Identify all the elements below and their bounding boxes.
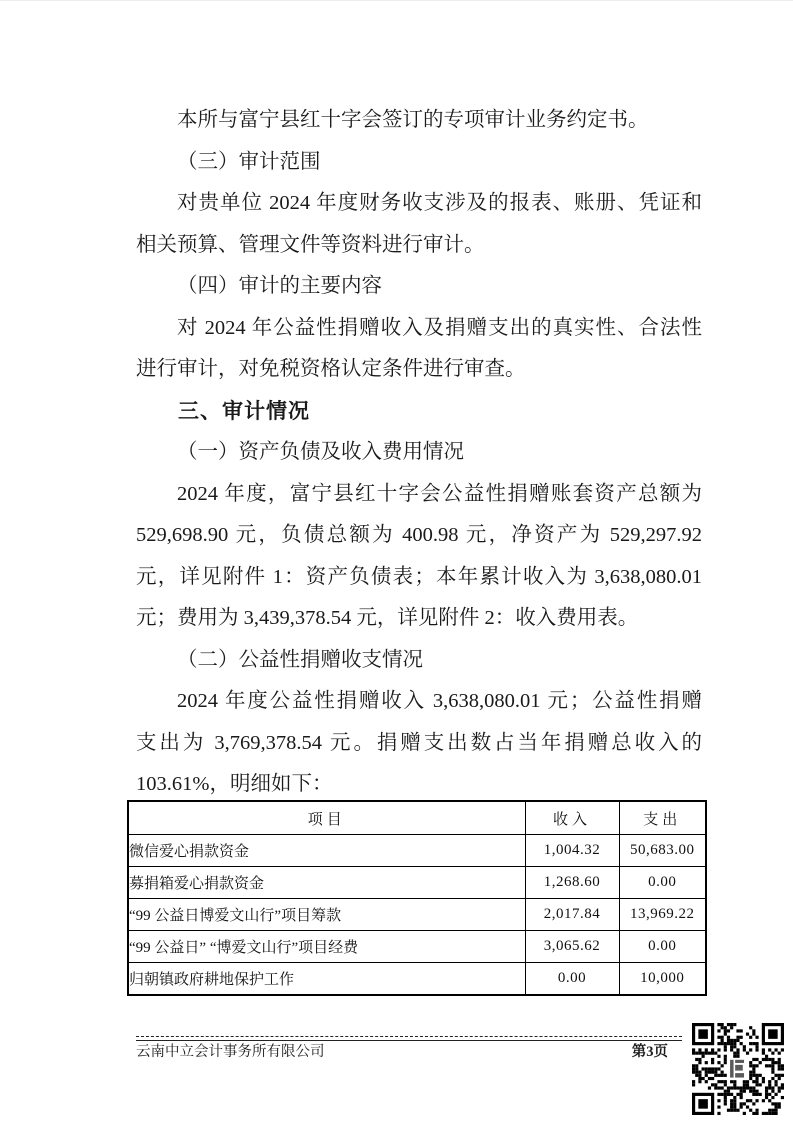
paragraph-line: 对贵单位 2024 年度财务收支涉及的报表、账册、凭证和 [136, 183, 702, 225]
row-expense-value: 13,969.22 [619, 899, 706, 931]
table-header-item: 项目 [128, 801, 525, 835]
paragraph-line: 对 2024 年公益性捐赠收入及捐赠支出的真实性、合法性 [136, 308, 702, 350]
qr-code [692, 1023, 784, 1115]
paragraph-line: 元，详见附件 1：资产负债表；本年累计收入为 3,638,080.01 [136, 557, 702, 599]
paragraph-line: 进行审计，对免税资格认定条件进行审查。 [136, 349, 702, 391]
row-item-label: 归朝镇政府耕地保护工作 [128, 963, 525, 996]
sub-heading: （一）资产负债及收入费用情况 [136, 432, 702, 474]
sub-heading: （四）审计的主要内容 [136, 266, 702, 308]
row-expense-value: 50,683.00 [619, 835, 706, 867]
row-item-label: 微信爱心捐款资金 [128, 835, 525, 867]
footnote-separator [136, 1036, 682, 1041]
row-income-value: 1,268.60 [525, 867, 619, 899]
page-footer: 云南中立会计事务所有限公司 第3页 [136, 1043, 682, 1061]
table-header-income: 收入 [525, 801, 619, 835]
paragraph-line: 元；费用为 3,439,378.54 元，详见附件 2：收入费用表。 [136, 598, 702, 640]
table-header-expense: 支出 [619, 801, 706, 835]
document-body: 本所与富宁县红十字会签订的专项审计业务约定书。 （三）审计范围 对贵单位 202… [136, 100, 702, 806]
paragraph-line: 2024 年度公益性捐赠收入 3,638,080.01 元；公益性捐赠 [136, 681, 702, 723]
row-expense-value: 0.00 [619, 867, 706, 899]
paragraph-line: 支出为 3,769,378.54 元。捐赠支出数占当年捐赠总收入的 [136, 723, 702, 765]
paragraph-line: 相关预算、管理文件等资料进行审计。 [136, 225, 702, 267]
paragraph-line: 2024 年度，富宁县红十字会公益性捐赠账套资产总额为 [136, 474, 702, 516]
row-item-label: “99 公益日博爱文山行”项目筹款 [128, 899, 525, 931]
row-income-value: 1,004.32 [525, 835, 619, 867]
sub-heading: （三）审计范围 [136, 142, 702, 184]
paragraph-line: 本所与富宁县红十字会签订的专项审计业务约定书。 [136, 100, 702, 142]
table-row: 微信爱心捐款资金 1,004.32 50,683.00 [128, 835, 706, 867]
row-income-value: 2,017.84 [525, 899, 619, 931]
footer-company-name: 云南中立会计事务所有限公司 [136, 1043, 325, 1061]
table-row: 归朝镇政府耕地保护工作 0.00 10,000 [128, 963, 706, 996]
document-page: 本所与富宁县红十字会签订的专项审计业务约定书。 （三）审计范围 对贵单位 202… [0, 0, 793, 1122]
table-row: “99 公益日” “博爱文山行”项目经费 3,065.62 0.00 [128, 931, 706, 963]
row-item-label: 募捐箱爱心捐款资金 [128, 867, 525, 899]
row-income-value: 3,065.62 [525, 931, 619, 963]
table-row: 募捐箱爱心捐款资金 1,268.60 0.00 [128, 867, 706, 899]
sub-heading: （二）公益性捐赠收支情况 [136, 640, 702, 682]
table-header-row: 项目 收入 支出 [128, 801, 706, 835]
row-expense-value: 10,000 [619, 963, 706, 996]
row-item-label: “99 公益日” “博爱文山行”项目经费 [128, 931, 525, 963]
page-number: 第3页 [632, 1043, 682, 1061]
paragraph-line: 529,698.90 元，负债总额为 400.98 元，净资产为 529,297… [136, 515, 702, 557]
section-heading: 三、审计情况 [136, 391, 702, 433]
donation-detail-table: 项目 收入 支出 微信爱心捐款资金 1,004.32 50,683.00 募捐箱… [127, 800, 707, 996]
row-expense-value: 0.00 [619, 931, 706, 963]
table-row: “99 公益日博爱文山行”项目筹款 2,017.84 13,969.22 [128, 899, 706, 931]
row-income-value: 0.00 [525, 963, 619, 996]
